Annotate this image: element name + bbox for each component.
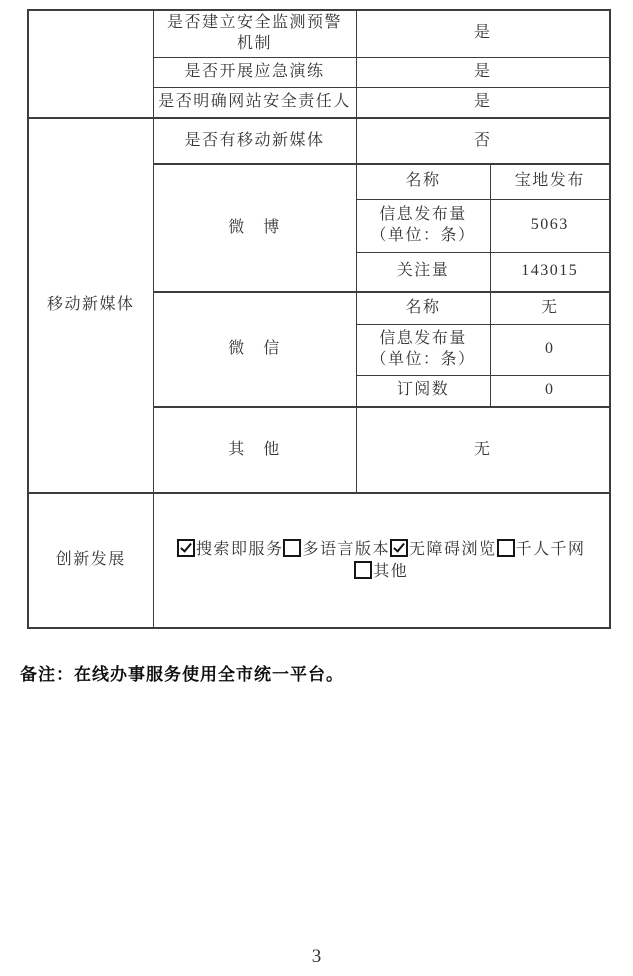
wechat-label: 微 信 <box>153 292 356 407</box>
option-qianren-qianwang: 千人千网 <box>497 541 586 558</box>
checkbox-multilingual-icon <box>283 539 301 557</box>
option-search-service: 搜索即服务 <box>177 541 284 558</box>
security-answer: 是 <box>356 57 610 87</box>
weibo-name-value: 宝地发布 <box>490 164 610 199</box>
innovation-section-label: 创新发展 <box>28 493 153 628</box>
weibo-posts-label: 信息发布量 （单位：条） <box>356 199 490 252</box>
has-mobile-media-value: 否 <box>356 118 610 164</box>
innovation-options: 搜索即服务多语言版本无障碍浏览千人千网其他 <box>153 493 610 628</box>
document-page: 是否建立安全监测预警 机制 是 是否开展应急演练 是 是否明确网站安全责任人 是… <box>0 0 633 976</box>
wechat-posts-label: 信息发布量 （单位：条） <box>356 324 490 375</box>
checkbox-accessibility-icon <box>390 539 408 557</box>
wechat-posts-value: 0 <box>490 324 610 375</box>
security-answer: 是 <box>356 10 610 57</box>
option-label: 无障碍浏览 <box>409 541 497 558</box>
option-accessibility: 无障碍浏览 <box>390 541 497 558</box>
option-label: 搜索即服务 <box>196 541 284 558</box>
other-media-value: 无 <box>356 407 610 493</box>
security-question-label: 是否建立安全监测预警 机制 <box>153 10 356 57</box>
weibo-followers-value: 143015 <box>490 252 610 292</box>
remark-note: 备注：在线办事服务使用全市统一平台。 <box>20 660 344 685</box>
weibo-followers-label: 关注量 <box>356 252 490 292</box>
weibo-label: 微 博 <box>153 164 356 292</box>
other-media-label: 其 他 <box>153 407 356 493</box>
continued-section-cell <box>28 10 153 118</box>
table-row: 移动新媒体 是否有移动新媒体 否 <box>28 118 610 164</box>
security-question-label: 是否开展应急演练 <box>153 57 356 87</box>
wechat-name-value: 无 <box>490 292 610 324</box>
mobile-media-section-label: 移动新媒体 <box>28 118 153 493</box>
wechat-subscribers-label: 订阅数 <box>356 375 490 407</box>
option-label: 千人千网 <box>516 541 586 558</box>
checkbox-other-icon <box>354 561 372 579</box>
page-number: 3 <box>0 946 633 968</box>
table-row: 创新发展 搜索即服务多语言版本无障碍浏览千人千网其他 <box>28 493 610 628</box>
option-label: 其他 <box>373 563 408 580</box>
checkbox-qianren-qianwang-icon <box>497 539 515 557</box>
weibo-posts-value: 5063 <box>490 199 610 252</box>
wechat-name-label: 名称 <box>356 292 490 324</box>
security-question-label: 是否明确网站安全责任人 <box>153 87 356 118</box>
security-answer: 是 <box>356 87 610 118</box>
report-table: 是否建立安全监测预警 机制 是 是否开展应急演练 是 是否明确网站安全责任人 是… <box>27 9 611 629</box>
checkbox-search-service-icon <box>177 539 195 557</box>
option-other: 其他 <box>354 563 408 580</box>
has-mobile-media-label: 是否有移动新媒体 <box>153 118 356 164</box>
option-label: 多语言版本 <box>302 541 390 558</box>
option-multilingual: 多语言版本 <box>283 541 390 558</box>
wechat-subscribers-value: 0 <box>490 375 610 407</box>
table-row: 是否建立安全监测预警 机制 是 <box>28 10 610 57</box>
weibo-name-label: 名称 <box>356 164 490 199</box>
